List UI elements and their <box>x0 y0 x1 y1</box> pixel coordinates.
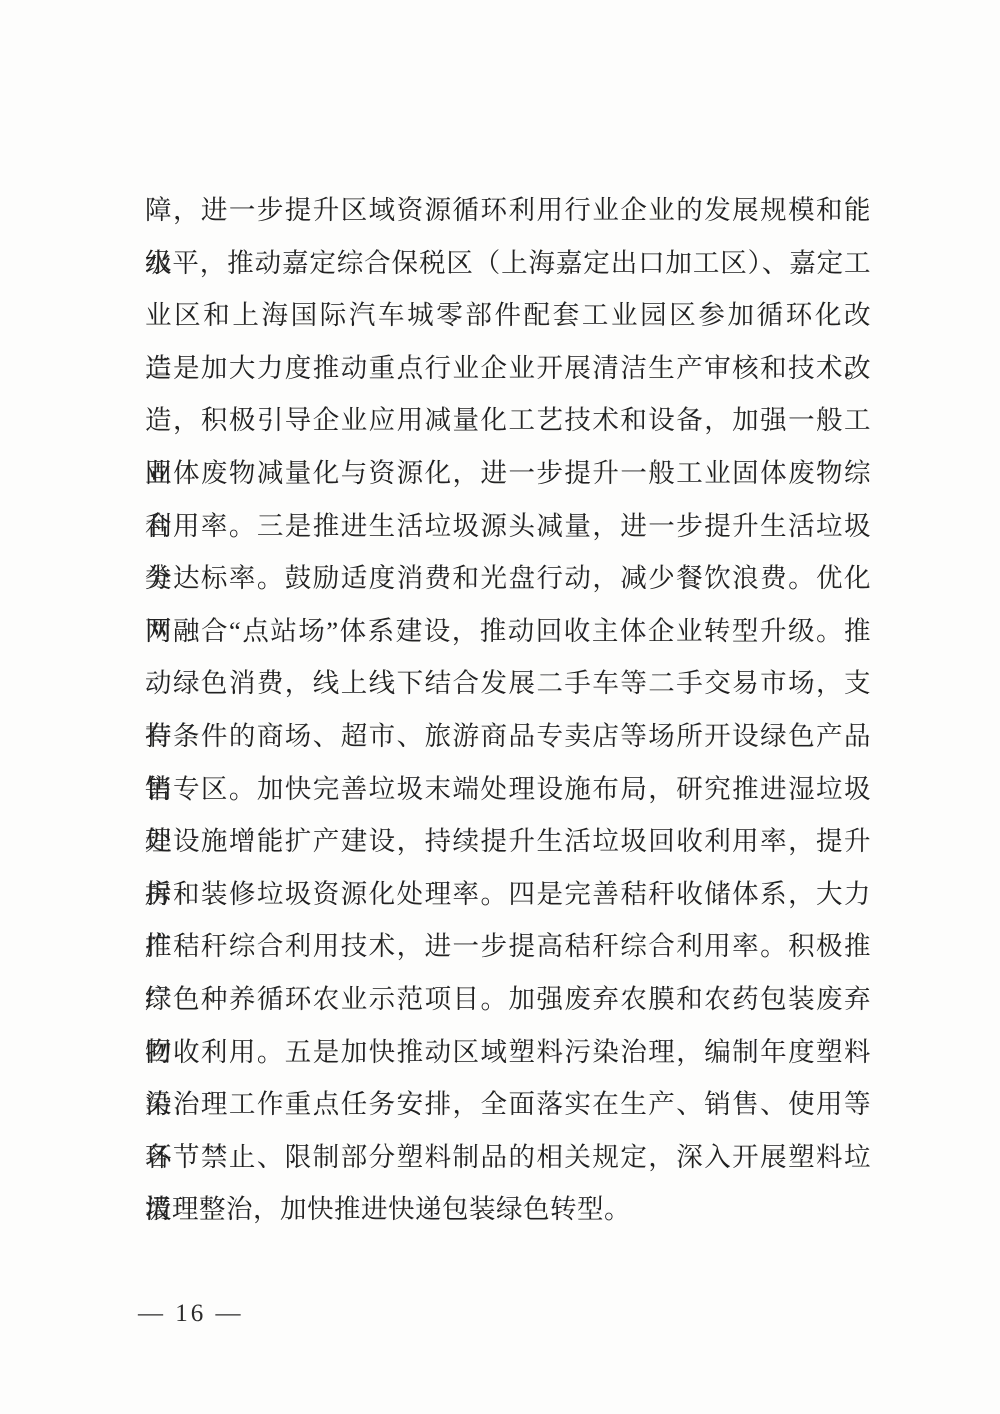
text-line: 动绿色消费，线上线下结合发展二手车等二手交易市场，支持 <box>145 657 871 710</box>
text-line: 水平，推动嘉定综合保税区（上海嘉定出口加工区）、嘉定工 <box>145 237 871 290</box>
text-line: 回收利用。五是加快推动区域塑料污染治理，编制年度塑料污 <box>145 1026 871 1079</box>
text-line: 障，进一步提升区域资源循环利用行业企业的发展规模和能级 <box>145 184 871 237</box>
text-line: 类达标率。鼓励适度消费和光盘行动，减少餐饮浪费。优化两 <box>145 552 871 605</box>
body-text-block: 障，进一步提升区域资源循环利用行业企业的发展规模和能级 水平，推动嘉定综合保税区… <box>145 184 871 1236</box>
text-line: 绿色种养循环农业示范项目。加强废弃农膜和农药包装废弃物 <box>145 973 871 1026</box>
text-line: 二是加大力度推动重点行业企业开展清洁生产审核和技术改 <box>145 342 871 395</box>
text-line: 广秸秆综合利用技术，进一步提高秸秆综合利用率。积极推广 <box>145 920 871 973</box>
text-line: 利用率。三是推进生活垃圾源头减量，进一步提升生活垃圾分 <box>145 500 871 553</box>
text-line: 造，积极引导企业应用减量化工艺技术和设备，加强一般工业 <box>145 394 871 447</box>
text-line: 清理整治，加快推进快递包装绿色转型。 <box>145 1183 871 1236</box>
text-line: 固体废物减量化与资源化，进一步提升一般工业固体废物综合 <box>145 447 871 500</box>
text-line: 理设施增能扩产建设，持续提升生活垃圾回收利用率，提升拆 <box>145 815 871 868</box>
text-line: 染治理工作重点任务安排，全面落实在生产、销售、使用等各 <box>145 1078 871 1131</box>
page-number: — 16 — <box>138 1298 244 1330</box>
text-line: 房和装修垃圾资源化处理率。四是完善秸秆收储体系，大力推 <box>145 868 871 921</box>
text-line: 环节禁止、限制部分塑料制品的相关规定，深入开展塑料垃圾 <box>145 1131 871 1184</box>
text-line: 售专区。加快完善垃圾末端处理设施布局，研究推进湿垃圾处 <box>145 763 871 816</box>
document-page: 障，进一步提升区域资源循环利用行业企业的发展规模和能级 水平，推动嘉定综合保税区… <box>0 0 1000 1414</box>
text-line: 业区和上海国际汽车城零部件配套工业园区参加循环化改造。 <box>145 289 871 342</box>
text-line: 网融合“点站场”体系建设，推动回收主体企业转型升级。推 <box>145 605 871 658</box>
text-line: 有条件的商场、超市、旅游商品专卖店等场所开设绿色产品销 <box>145 710 871 763</box>
